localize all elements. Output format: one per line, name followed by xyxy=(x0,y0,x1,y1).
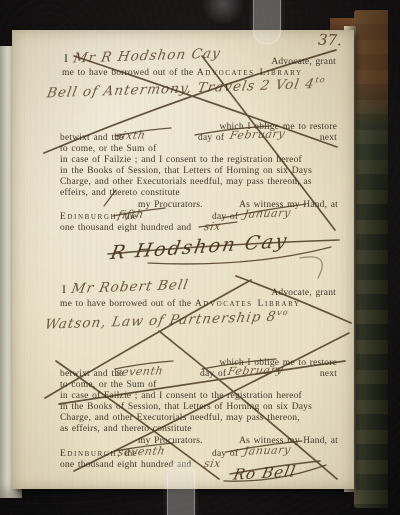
form2-opening: I xyxy=(62,284,66,295)
form1-due-month: February xyxy=(229,127,287,142)
form1-opening: I xyxy=(64,53,68,64)
form1-city: Edinburgh, xyxy=(60,212,121,222)
form2-book-entry: Watson, Law of Partnership 8vo xyxy=(44,307,290,333)
form1-day-of: day of xyxy=(198,133,224,144)
book-spine-edge xyxy=(354,10,388,508)
form1-sum-line: to come, or the Sum of xyxy=(60,144,156,155)
form2-borrower-name: Mr Robert Bell xyxy=(70,277,190,297)
page-number: 37. xyxy=(318,31,342,50)
form2-borrowed-prefix: me to have borrowed out of the xyxy=(60,299,191,309)
form1-book-title: Bell of Antermony, Travels 2 Vol 4 xyxy=(46,76,317,101)
form2-day-of: day of xyxy=(200,369,226,380)
form2-city: Edinburgh, xyxy=(60,449,121,459)
form1-charge-line: Charge, and other Executorials needful, … xyxy=(60,177,312,188)
form1-grant-suffix: Advocate, grant xyxy=(271,57,336,68)
form1-effeirs-line: effeirs, and thereto constitute xyxy=(60,188,180,199)
photographed-book-scene: 37. I Mr R Hodshon Cay Advocate, grant m… xyxy=(0,0,400,515)
form1-borrowed-prefix: me to have borrowed out of the xyxy=(62,68,193,78)
form1-signature: R Hodshon Cay xyxy=(109,230,290,264)
form1-book-format: to xyxy=(315,74,327,84)
form2-signed-day: seventh xyxy=(117,444,167,459)
form2-books-line: in the Books of Session, that Letters of… xyxy=(60,402,312,413)
form1-books-line: in the Books of Session, that Letters of… xyxy=(60,166,312,177)
form1-borrower-name: Mr R Hodshon Cay xyxy=(72,45,222,66)
form1-next: next xyxy=(320,133,337,144)
page-retaining-clip-bottom xyxy=(167,463,195,515)
form2-effeirs-line: as effeirs, and thereto constitute xyxy=(60,424,192,435)
form2-charge-line: Charge, and other Executorials needful, … xyxy=(60,413,300,424)
form1-failzie-line: in case of Failzie ; and I consent to th… xyxy=(60,155,302,166)
form2-year-word: six xyxy=(203,457,222,471)
form2-grant-suffix: Advocate, grant xyxy=(271,288,336,299)
form2-sum-line: to come, or the Sum of xyxy=(60,380,156,391)
form2-signature: Ro Bell xyxy=(232,462,298,483)
form2-due-month: February xyxy=(227,363,285,378)
form2-signed-month: January xyxy=(243,443,292,458)
form1-year-line: one thousand eight hundred and xyxy=(60,223,191,234)
form2-next: next xyxy=(320,369,337,380)
form1-due-day: sixth xyxy=(115,128,147,142)
form2-due-day: seventh xyxy=(115,364,165,379)
form2-book-format: vo xyxy=(276,307,289,317)
form2-book-title: Watson, Law of Partnership 8 xyxy=(44,309,278,333)
form1-signed-month: January xyxy=(243,206,292,221)
form1-year-word: six xyxy=(203,220,222,234)
ledger-page: 37. I Mr R Hodshon Cay Advocate, grant m… xyxy=(12,30,354,489)
form2-failzie-line: in case of Failzie ; and I consent to th… xyxy=(60,391,302,402)
form1-procurators: my Procurators. xyxy=(138,200,203,211)
page-retaining-clip-top xyxy=(253,0,281,44)
form1-signed-day: fifth xyxy=(117,208,145,222)
